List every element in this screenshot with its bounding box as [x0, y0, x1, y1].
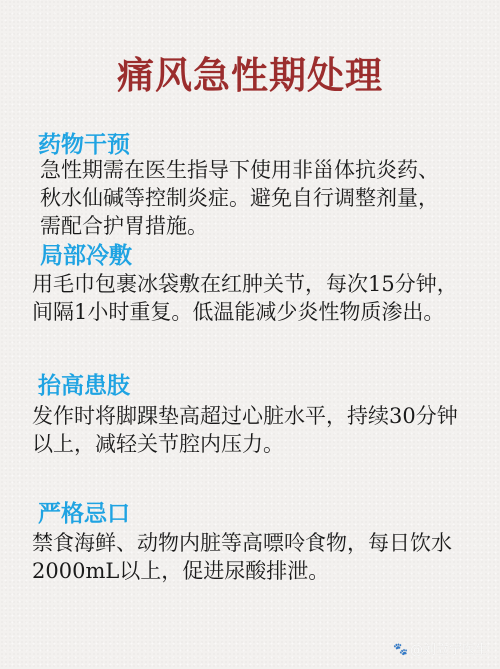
body-line: 以上，减轻关节腔内压力。 [32, 430, 458, 458]
section-heading: 药物干预 [38, 132, 130, 158]
section-body: 禁食海鲜、动物内脏等高嘌呤食物，每日饮水 2000mL以上，促进尿酸排泄。 [32, 529, 452, 585]
body-line: 用毛巾包裹冰袋敷在红肿关节，每次15分钟， [32, 270, 458, 298]
page-title: 痛风急性期处理 [0, 55, 500, 97]
body-line: 秋水仙碱等控制炎症。避免自行调整剂量， [40, 184, 439, 212]
section-body: 发作时将脚踝垫高超过心脏水平，持续30分钟 以上，减轻关节腔内压力。 [32, 402, 458, 458]
body-line: 2000mL以上，促进尿酸排泄。 [32, 557, 452, 585]
section-body: 急性期需在医生指导下使用非甾体抗炎药、 秋水仙碱等控制炎症。避免自行调整剂量， … [40, 156, 439, 240]
body-line: 需配合护胃措施。 [40, 212, 439, 240]
section-heading: 局部冷敷 [40, 243, 132, 269]
section-body: 用毛巾包裹冰袋敷在红肿关节，每次15分钟， 间隔1小时重复。低温能减少炎性物质渗… [32, 270, 458, 326]
paw-icon: 🐾 [393, 642, 408, 656]
watermark-text: @刘立宁医生 [410, 639, 488, 658]
body-line: 禁食海鲜、动物内脏等高嘌呤食物，每日饮水 [32, 529, 452, 557]
body-line: 急性期需在医生指导下使用非甾体抗炎药、 [40, 156, 439, 184]
section-heading: 抬高患肢 [38, 373, 130, 399]
body-line: 发作时将脚踝垫高超过心脏水平，持续30分钟 [32, 402, 458, 430]
body-line: 间隔1小时重复。低温能减少炎性物质渗出。 [32, 298, 458, 326]
section-heading: 严格忌口 [38, 501, 130, 527]
watermark: 🐾 @刘立宁医生 [393, 639, 488, 658]
